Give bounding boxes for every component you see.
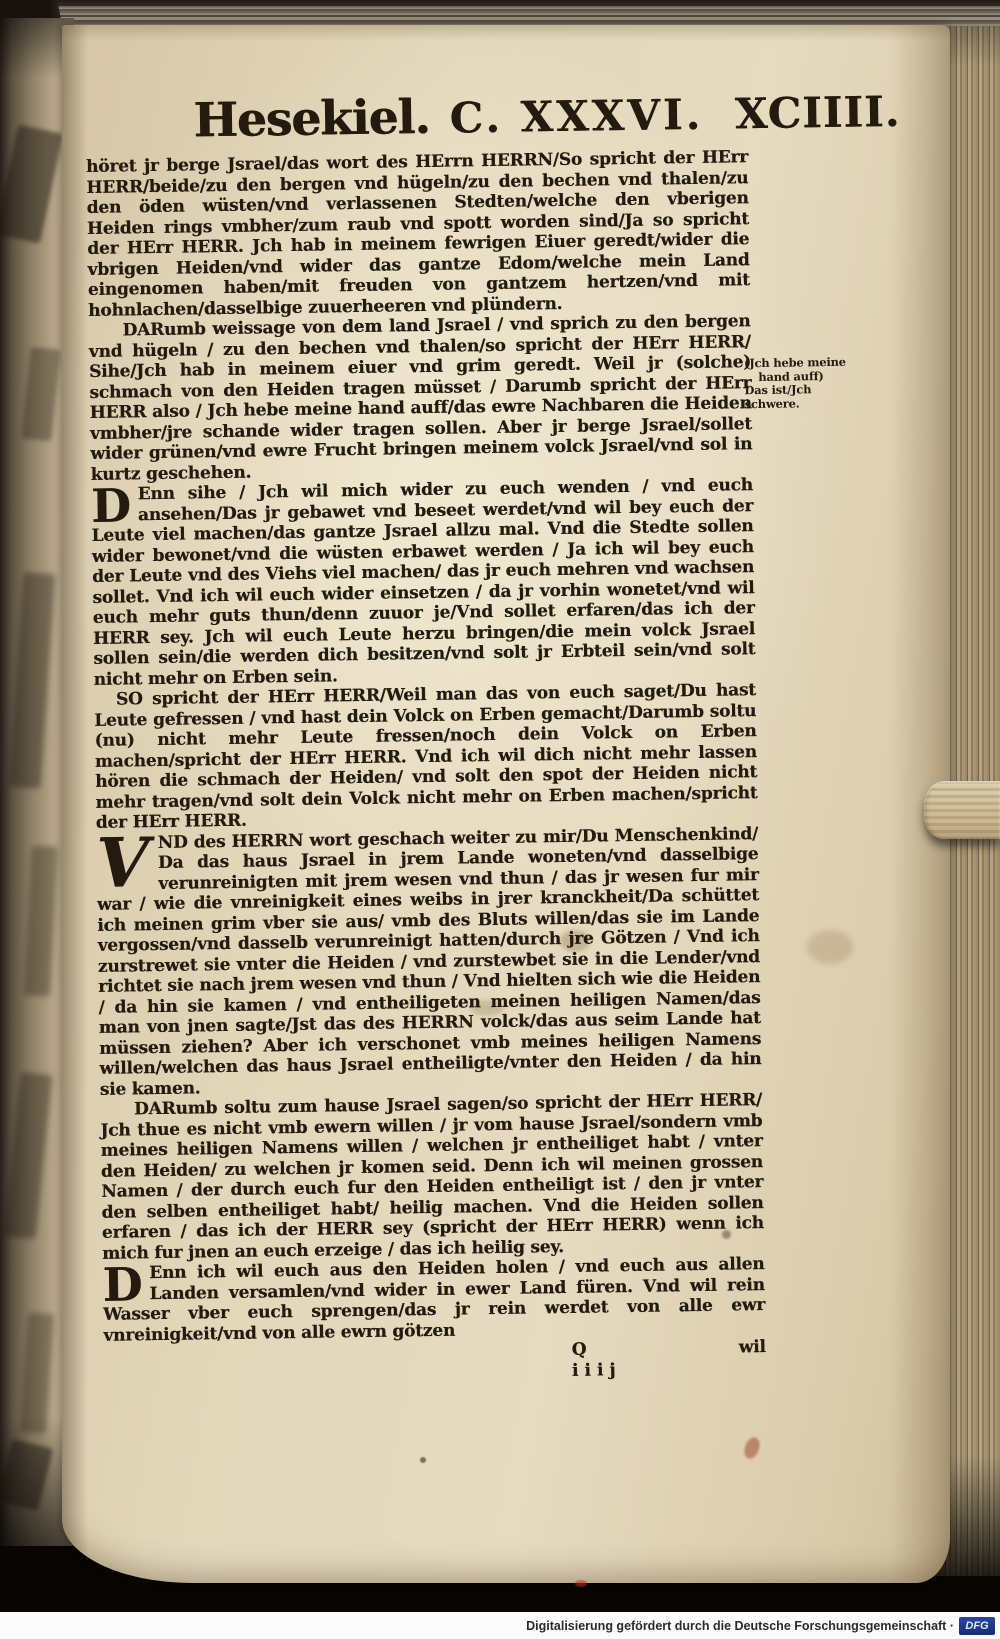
margin-note: (Jch hebe meine hand auff) Das ist/Jch s… — [744, 355, 865, 411]
chapter-heading: C. XXXVI. — [449, 90, 703, 143]
facing-page-ghost-text — [9, 572, 56, 789]
paragraph: SO spricht der HErr HERR/Weil man das vo… — [94, 680, 758, 833]
facing-page-ghost-text — [3, 1072, 52, 1239]
folio-number: XCIIII. — [735, 87, 901, 138]
stain — [742, 1435, 763, 1460]
drop-cap-initial: D — [91, 486, 131, 526]
digitization-footer: Digitalisierung gefördert durch die Deut… — [0, 1612, 1000, 1639]
paragraph-text: ND des HERRN wort geschach weiter zu mir… — [97, 824, 762, 1100]
text-block: höret jr berge Jsrael/das wort des HErrn… — [86, 147, 766, 1388]
paragraph: höret jr berge Jsrael/das wort des HErrn… — [86, 147, 750, 321]
facing-page-ghost-text — [0, 124, 63, 243]
paragraph-text: SO spricht der HErr HERR/Weil man das vo… — [94, 680, 757, 833]
paragraph-text: Enn sihe / Jch wil mich wider zu euch we… — [91, 475, 755, 689]
page: Hesekiel. C. XXXVI. XCIIII. höret jr ber… — [62, 25, 950, 1583]
drop-cap-initial: V — [96, 835, 149, 892]
quire-signature: Q iiij — [572, 1339, 652, 1381]
facing-page-ghost-text — [0, 1439, 53, 1511]
book-scan: Hesekiel. C. XXXVI. XCIIII. höret jr ber… — [0, 0, 1000, 1639]
drop-cap-initial: D — [102, 1265, 142, 1305]
paragraph: DEnn ich wil euch aus den Heiden holen /… — [102, 1254, 765, 1346]
paragraph-text: höret jr berge Jsrael/das wort des HErrn… — [86, 147, 750, 320]
paragraph-text: DARumb weissage von dem land Jsrael / vn… — [89, 311, 753, 484]
page-marker-tab — [924, 781, 1000, 839]
signature-line: Q iiij wil — [104, 1337, 767, 1388]
running-header: Hesekiel. C. XXXVI. XCIIII. — [85, 83, 901, 150]
paragraph-text: DARumb soltu zum hause Jsrael sagen/so s… — [100, 1090, 764, 1263]
paragraph: DARumb weissage von dem land Jsrael / vn… — [88, 311, 752, 485]
margin-note-line: schwere. — [745, 396, 865, 411]
stain — [575, 1580, 587, 1587]
paragraph: DARumb soltu zum hause Jsrael sagen/so s… — [100, 1090, 764, 1264]
paragraph-text: Enn ich wil euch aus den Heiden holen / … — [103, 1254, 765, 1345]
digitization-credit: Digitalisierung gefördert durch die Deut… — [526, 1619, 954, 1633]
page-content: Hesekiel. C. XXXVI. XCIIII. höret jr ber… — [85, 83, 919, 1388]
facing-page-ghost-text — [24, 845, 58, 996]
facing-page-ghost-text — [20, 1312, 54, 1434]
paragraph: VND des HERRN wort geschach weiter zu mi… — [96, 824, 762, 1100]
stain — [420, 1457, 426, 1463]
dfg-logo: DFG — [959, 1617, 995, 1635]
book-title: Hesekiel. — [193, 90, 430, 148]
facing-page-ghost-text — [21, 347, 60, 442]
paragraph: DEnn sihe / Jch wil mich wider zu euch w… — [91, 475, 756, 690]
catchword: wil — [739, 1337, 767, 1378]
